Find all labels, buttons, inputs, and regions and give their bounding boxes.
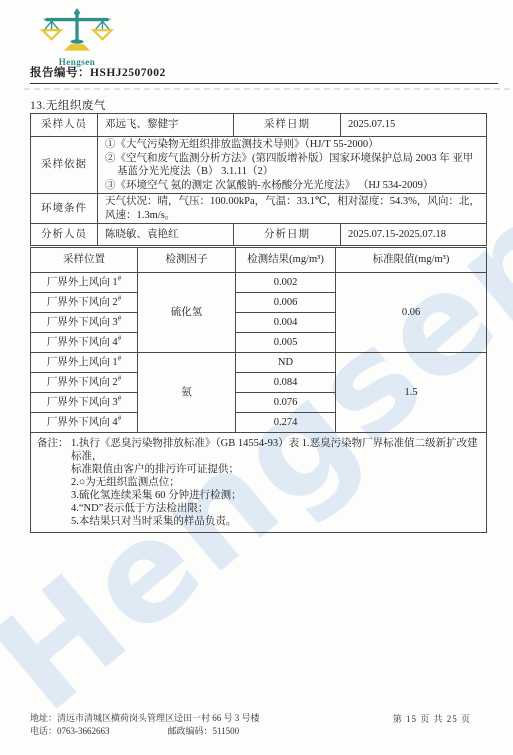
header-limit: 标准限值(mg/m³) — [336, 248, 487, 273]
env-label: 环境条件 — [31, 194, 98, 224]
position-label: 厂界外下风向 4 — [47, 337, 118, 348]
remark-line-6: 5.本结果只对当时采集的样品负责。 — [71, 515, 480, 528]
sampler-value: 邓远飞、黎健宇 — [98, 114, 234, 137]
analyst-label: 分析人员 — [31, 224, 98, 246]
result-value: 0.084 — [236, 373, 336, 393]
header-result: 检测结果(mg/m³) — [236, 248, 336, 273]
result-value: ND — [236, 353, 336, 373]
position-marker: # — [118, 414, 122, 422]
table-row: 厂界外上风向 1# 氨 ND 1.5 — [31, 353, 487, 373]
sample-date-value: 2025.07.15 — [341, 114, 487, 137]
position-marker: # — [118, 334, 122, 342]
analyst-value: 陈晓敏、袁艳红 — [98, 224, 234, 246]
sampling-info-table: 采样人员 邓远飞、黎健宇 采样日期 2025.07.15 采样依据 ①《大气污染… — [30, 113, 487, 246]
basis-line-4: ③《环境空气 氨的测定 次氯酸钠-水杨酸分光光度法》 （HJ 534-2009） — [105, 179, 482, 193]
position-marker: # — [118, 354, 122, 362]
factor-h2s: 硫化氢 — [138, 273, 236, 353]
basis-line-2: ②《空气和废气监测分析方法》(第四版增补版）国家环境保护总局 2003 年 亚甲 — [105, 152, 482, 166]
header-position: 采样位置 — [31, 248, 138, 273]
factor-nh3: 氨 — [138, 353, 236, 433]
position-label: 厂界外上风向 1 — [47, 357, 118, 368]
section-title: 13.无组织废气 — [30, 97, 106, 113]
sampler-label: 采样人员 — [31, 114, 98, 137]
basis-line-1: ①《大气污染物无组织排放监测技术导则》（HJ/T 55-2000） — [105, 138, 482, 152]
result-value: 0.005 — [236, 333, 336, 353]
result-value: 0.004 — [236, 313, 336, 333]
footer-zip: 邮政编码：511500 — [168, 726, 240, 736]
remark-line-3: 2.○为无组织监测点位； — [71, 476, 480, 489]
env-value: 天气状况：晴，气压：100.00kPa，气温：33.1℃，相对湿度：54.3%，… — [98, 194, 487, 224]
position-marker: # — [118, 294, 122, 302]
header-factor: 检测因子 — [138, 248, 236, 273]
limit-nh3: 1.5 — [336, 353, 487, 433]
company-logo: Hengsen — [34, 8, 120, 67]
remarks-row: 备注： 1.执行《恶臭污染物排放标准》（GB 14554-93）表 1.恶臭污染… — [31, 433, 487, 533]
analysis-date-value: 2025.07.15-2025.07.18 — [341, 224, 487, 246]
limit-h2s: 0.06 — [336, 273, 487, 353]
analysis-date-label: 分析日期 — [234, 224, 341, 246]
results-table: 采样位置 检测因子 检测结果(mg/m³) 标准限值(mg/m³) 厂界外上风向… — [30, 247, 487, 533]
result-value: 0.076 — [236, 393, 336, 413]
position-marker: # — [118, 394, 122, 402]
remark-line-2: 标准限值由客户的排污许可证提供； — [71, 463, 480, 476]
position-label: 厂界外上风向 1 — [47, 277, 118, 288]
basis-label: 采样依据 — [31, 137, 98, 194]
position-label: 厂界外下风向 4 — [47, 417, 118, 428]
scales-logo-icon — [36, 8, 118, 54]
remark-line-5: 4.“ND”表示低于方法检出限； — [71, 502, 480, 515]
report-page: Hengsen — [0, 0, 513, 755]
footer-contact: 地址：清远市清城区横荷岗头管理区迳田一村 66 号 3 号楼 电话：0763-3… — [30, 712, 260, 738]
basis-content: ①《大气污染物无组织排放监测技术导则》（HJ/T 55-2000） ②《空气和废… — [98, 137, 487, 194]
result-value: 0.002 — [236, 273, 336, 293]
basis-line-3: 基蓝分光光度法（B） 3.1.11（2） — [105, 165, 482, 179]
result-value: 0.274 — [236, 413, 336, 433]
remark-line-4: 3.硫化氢连续采集 60 分钟进行检测； — [71, 489, 480, 502]
scan-artifact-line — [24, 88, 510, 90]
page-indicator: 第 15 页 共 25 页 — [393, 712, 471, 725]
table-row: 厂界外上风向 1# 硫化氢 0.002 0.06 — [31, 273, 487, 293]
position-label: 厂界外下风向 2 — [47, 377, 118, 388]
remarks-label: 备注： — [37, 437, 71, 450]
sample-date-label: 采样日期 — [234, 114, 341, 137]
report-number: 报告编号：HSHJ2507002 — [30, 64, 498, 84]
footer-phone: 电话：0763-3662663 — [30, 726, 110, 736]
result-value: 0.006 — [236, 293, 336, 313]
position-marker: # — [118, 374, 122, 382]
position-label: 厂界外下风向 3 — [47, 397, 118, 408]
remarks-lines: 1.执行《恶臭污染物排放标准》（GB 14554-93）表 1.恶臭污染物厂界标… — [71, 437, 480, 528]
position-marker: # — [118, 314, 122, 322]
position-label: 厂界外下风向 2 — [47, 297, 118, 308]
footer-address: 地址：清远市清城区横荷岗头管理区迳田一村 66 号 3 号楼 — [30, 712, 260, 725]
position-marker: # — [118, 274, 122, 282]
remark-line-1: 1.执行《恶臭污染物排放标准》（GB 14554-93）表 1.恶臭污染物厂界标… — [71, 437, 480, 463]
position-label: 厂界外下风向 3 — [47, 317, 118, 328]
